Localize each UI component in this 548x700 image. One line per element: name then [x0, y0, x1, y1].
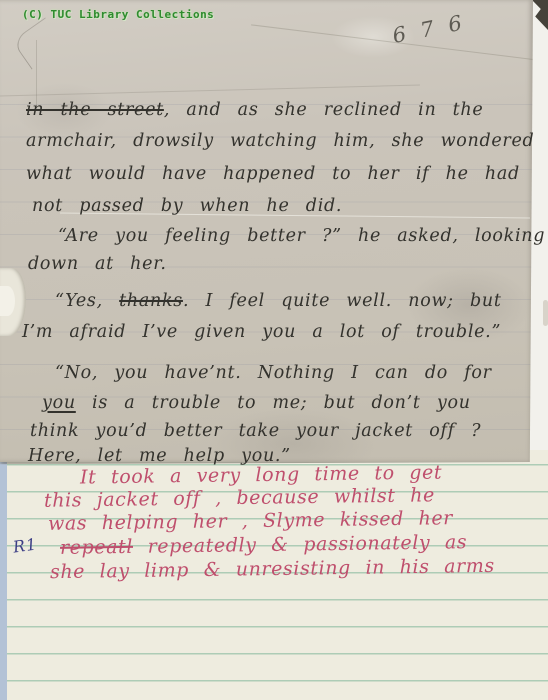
document-page: 676 in the street, and as she reclined i… — [0, 0, 548, 700]
manuscript-line: I’m afraid I’ve given you a lot of troub… — [22, 322, 501, 342]
text-segment: I’m afraid I’ve given you a lot of troub… — [22, 322, 501, 342]
manuscript-line: “No, you have’nt. Nothing I can do for — [55, 363, 492, 383]
text-segment: down at her. — [28, 254, 167, 274]
margin-note: R1 — [12, 534, 39, 556]
text-segment: . I feel quite well. now; but — [183, 291, 502, 311]
manuscript-line: “Are you feeling better ?” he asked, loo… — [58, 226, 545, 246]
struck-text-segment: thanks — [119, 291, 183, 311]
library-watermark: (C) TUC Library Collections — [22, 8, 214, 21]
struck-text-segment: in the street — [26, 100, 164, 120]
text-segment: not passed by when he did. — [32, 196, 342, 216]
manuscript-line: down at her. — [28, 254, 167, 274]
manuscript-line-pink: was helping her , Slyme kissed her — [48, 507, 453, 535]
manuscript-line: not passed by when he did. — [32, 196, 342, 216]
manuscript-line: “Yes, thanks. I feel quite well. now; bu… — [55, 291, 502, 311]
manuscript-line: think you’d better take your jacket off … — [30, 421, 481, 441]
text-segment: was helping her , Slyme kissed her — [48, 507, 453, 535]
text-segment: she lay limp & unresisting in his arms — [50, 555, 495, 583]
text-segment: “Yes, — [55, 291, 119, 311]
manuscript-line: in the street, and as she reclined in th… — [26, 100, 483, 120]
struck-text-segment: repeatl — [60, 536, 133, 559]
underlined-text-segment: you — [42, 393, 76, 413]
text-segment: Here, let me help you.” — [28, 446, 291, 466]
text-segment: “No, you have’nt. Nothing I can do for — [55, 363, 492, 383]
text-layer: 676 in the street, and as she reclined i… — [0, 0, 548, 700]
text-segment: is a trouble to me; but don’t you — [76, 393, 471, 413]
text-segment: what would have happened to her if he ha… — [26, 164, 520, 184]
manuscript-line: what would have happened to her if he ha… — [26, 164, 520, 184]
text-segment: “Are you feeling better ?” he asked, loo… — [58, 226, 545, 246]
manuscript-line: Here, let me help you.” — [28, 446, 291, 466]
text-segment: , and as she reclined in the — [164, 100, 484, 120]
text-segment: armchair, drowsily watching him, she won… — [26, 131, 534, 151]
manuscript-line-pink: she lay limp & unresisting in his arms — [50, 555, 495, 583]
manuscript-line-pink: repeatl repeatedly & passionately as — [60, 531, 467, 559]
page-number: 676 — [390, 8, 478, 48]
manuscript-line: you is a trouble to me; but don’t you — [42, 393, 471, 413]
manuscript-line: armchair, drowsily watching him, she won… — [26, 131, 534, 151]
text-segment: repeatedly & passionately as — [133, 531, 468, 558]
text-segment: think you’d better take your jacket off … — [30, 421, 481, 441]
